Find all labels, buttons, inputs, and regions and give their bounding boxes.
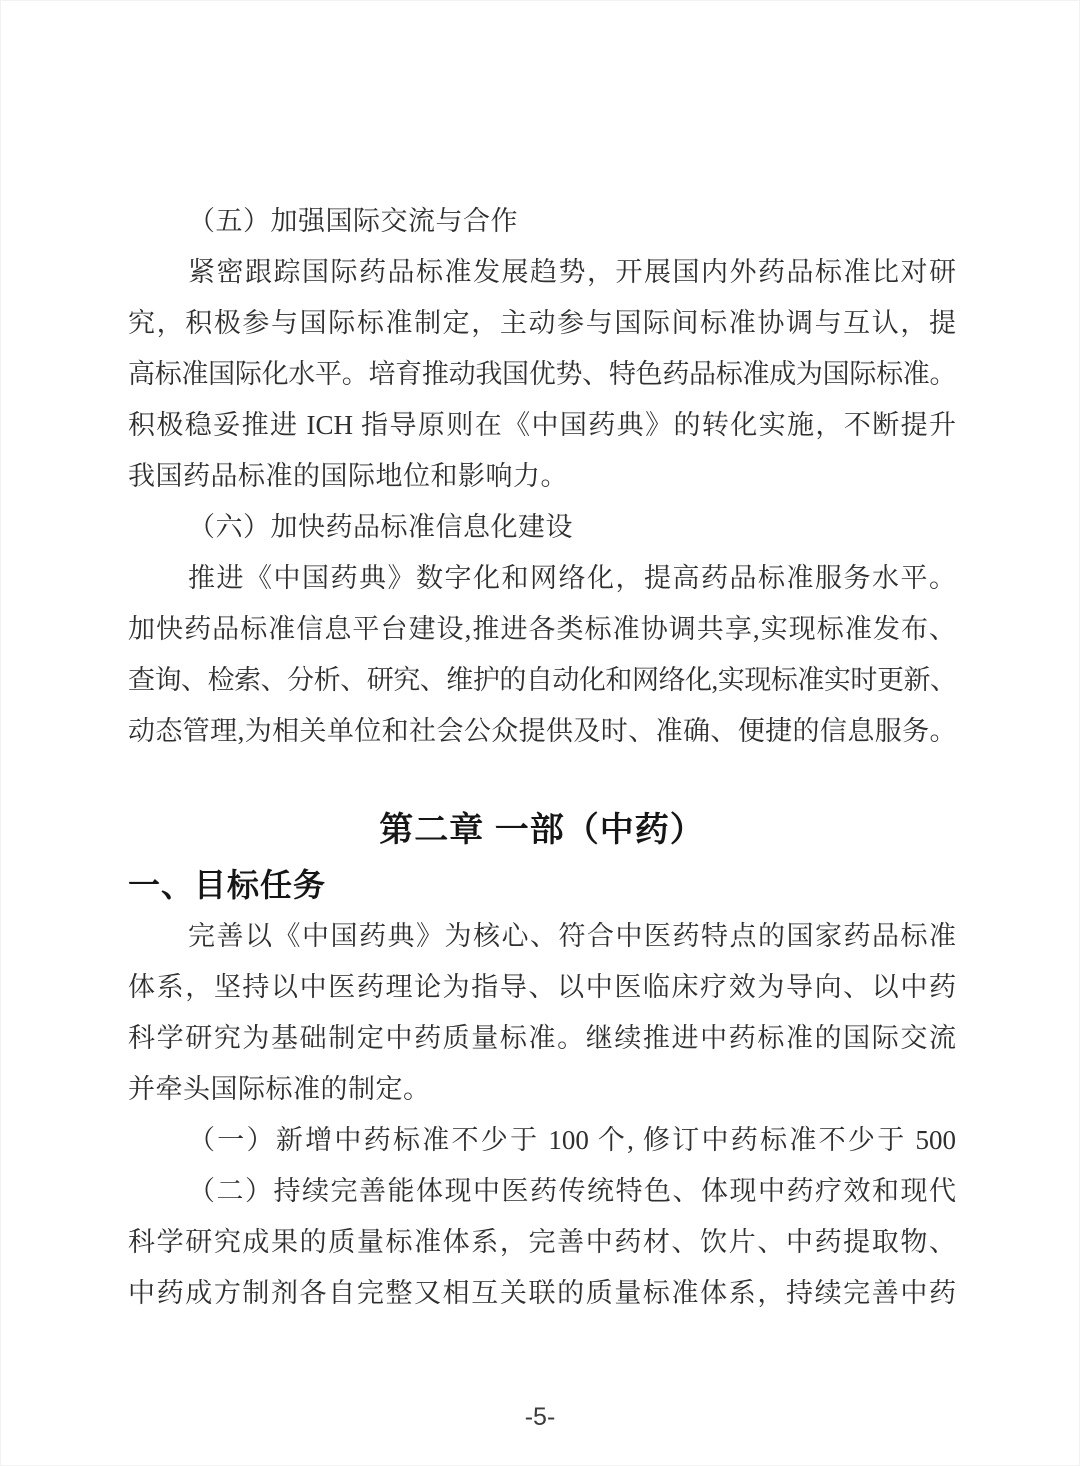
- paragraph-line: 推进《中国药典》数字化和网络化，提高药品标准服务水平。: [128, 553, 956, 604]
- paragraph-line: 体系，坚持以中医药理论为指导、以中医临床疗效为导向、以中药: [128, 962, 956, 1013]
- paragraph-line: 动态管理,为相关单位和社会公众提供及时、准确、便捷的信息服务。: [128, 706, 956, 757]
- paragraph-line: 并牵头国际标准的制定。: [128, 1064, 956, 1115]
- page-footer: -5-: [0, 1403, 1080, 1432]
- paragraph-line: 积极稳妥推进 ICH 指导原则在《中国药典》的转化实施，不断提升: [128, 400, 956, 451]
- paragraph-line: 完善以《中国药典》为核心、符合中医药特点的国家药品标准: [128, 911, 956, 962]
- chapter-title: 第二章 一部（中药）: [128, 801, 956, 859]
- document-page: （五）加强国际交流与合作紧密跟踪国际药品标准发展趋势，开展国内外药品标准比对研究…: [0, 0, 1080, 1466]
- numbered-item-1: （一）新增中药标准不少于 100 个, 修订中药标准不少于 500 个。: [128, 1115, 956, 1166]
- paragraph-line: 科学研究成果的质量标准体系，完善中药材、饮片、中药提取物、: [128, 1217, 956, 1268]
- page-number: -5-: [525, 1403, 556, 1431]
- paragraph-line: 究，积极参与国际标准制定，主动参与国际间标准协调与互认，提: [128, 298, 956, 349]
- paragraph-line: 查询、检索、分析、研究、维护的自动化和网络化,实现标准实时更新、: [128, 655, 956, 706]
- paragraph-line: 我国药品标准的国际地位和影响力。: [128, 451, 956, 502]
- paragraph-line: 高标准国际化水平。培育推动我国优势、特色药品标准成为国际标准。: [128, 349, 956, 400]
- paragraph-line: 科学研究为基础制定中药质量标准。继续推进中药标准的国际交流: [128, 1013, 956, 1064]
- paragraph-line: 加快药品标准信息平台建设,推进各类标准协调共享,实现标准发布、: [128, 604, 956, 655]
- paragraph-line: 中药成方制剂各自完整又相互关联的质量标准体系，持续完善中药: [128, 1268, 956, 1319]
- section-title: 一、目标任务: [128, 859, 956, 911]
- subheading-item-5: （五）加强国际交流与合作: [128, 196, 956, 247]
- paragraph-line: 紧密跟踪国际药品标准发展趋势，开展国内外药品标准比对研: [128, 247, 956, 298]
- subheading-item-6: （六）加快药品标准信息化建设: [128, 502, 956, 553]
- numbered-item-2: （二）持续完善能体现中医药传统特色、体现中药疗效和现代: [128, 1166, 956, 1217]
- document-body: （五）加强国际交流与合作紧密跟踪国际药品标准发展趋势，开展国内外药品标准比对研究…: [128, 196, 956, 1319]
